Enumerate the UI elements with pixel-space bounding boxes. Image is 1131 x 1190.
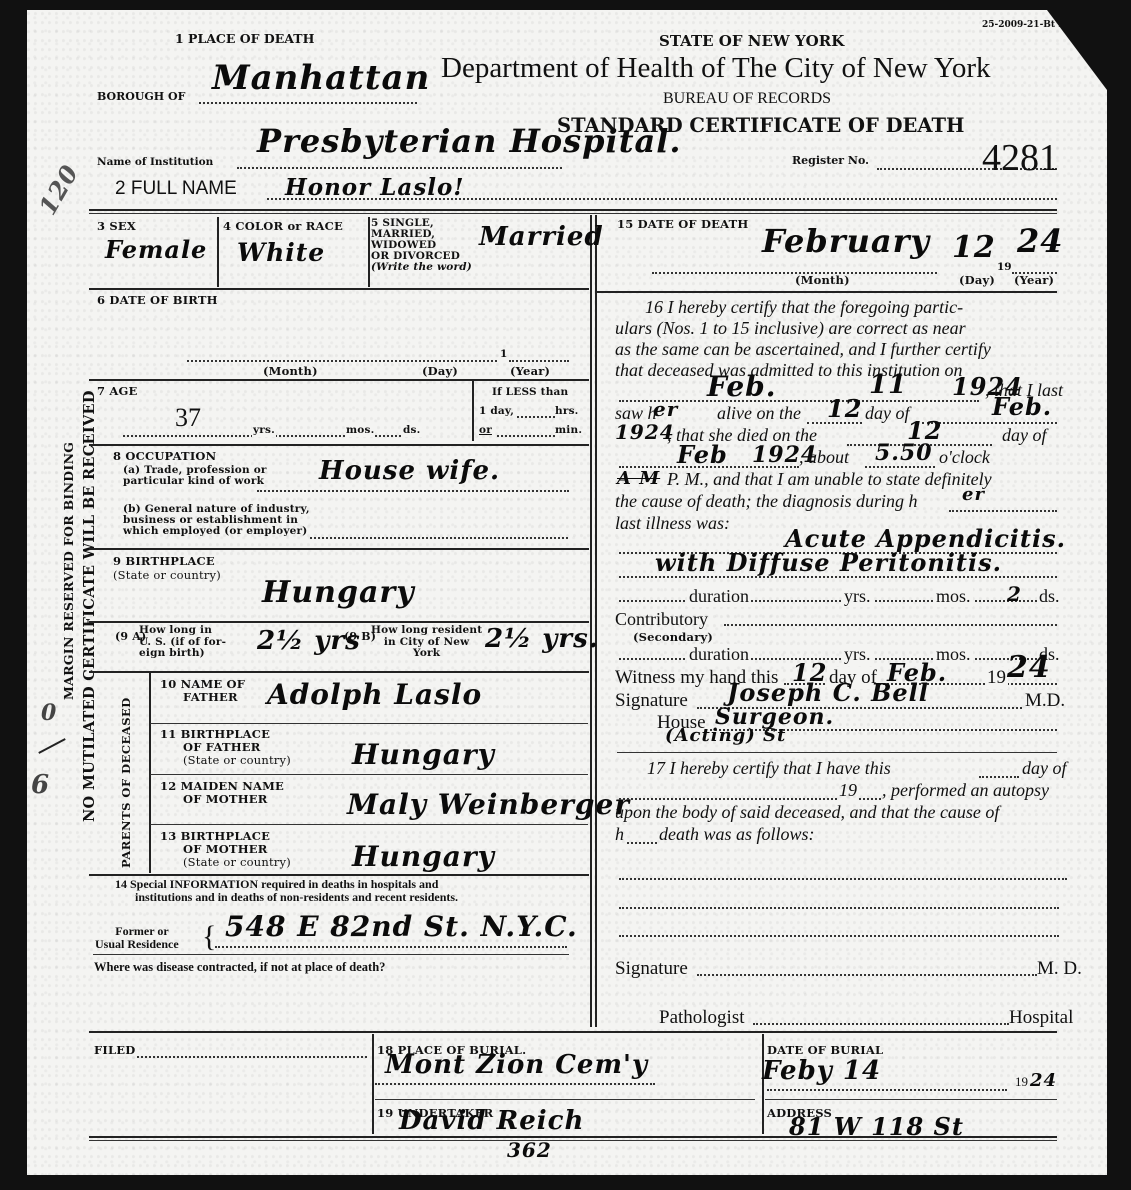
about-text: , about	[799, 447, 849, 468]
secondary-label: (Secondary)	[633, 631, 713, 644]
nyc-residence-value: 2½ yrs.	[485, 624, 599, 654]
age-value: 37	[175, 403, 201, 433]
parents-side-label: PARENTS OF DECEASED	[119, 697, 133, 868]
autopsy-text-1: 17 I hereby certify that I have this	[647, 758, 891, 779]
department-title: Department of Health of The City of New …	[441, 52, 991, 85]
admitted-month-value: Feb.	[707, 370, 777, 403]
sex-label: 3 SEX	[97, 220, 136, 233]
alive-day-of-text: day of	[865, 403, 910, 424]
death-date-label: 15 DATE OF DEATH	[617, 218, 748, 231]
birth-date-label: 6 DATE OF BIRTH	[97, 294, 218, 307]
burial-year-prefix: 19	[1015, 1074, 1028, 1090]
contributory-label: Contributory	[615, 609, 708, 630]
age-ds-unit: ds.	[402, 424, 422, 437]
age-yrs-unit: yrs.	[252, 424, 276, 437]
mother-maiden-name-label: 12 MAIDEN NAMEOF MOTHER	[160, 780, 284, 806]
diagnosis-line-2: with Diffuse Peritonitis.	[655, 548, 1002, 577]
death-day-caption: (Day)	[959, 274, 995, 287]
occupation-a-label: (a) Trade, profession orparticular kind …	[123, 465, 267, 487]
mother-birthplace-label: 13 BIRTHPLACEOF MOTHER(State or country)	[160, 830, 291, 869]
duration-ds-unit: ds.	[1037, 586, 1062, 607]
pm-text: P. M., and that I am unable to state def…	[667, 469, 992, 490]
undertaker-value: David Reich	[399, 1106, 584, 1136]
less-day-label: 1 day,	[479, 405, 514, 418]
death-month-caption: (Month)	[795, 274, 850, 287]
margin-annotation-top: 120	[33, 159, 85, 219]
father-birthplace-value: Hungary	[352, 738, 495, 771]
autopsy-text-3: upon the body of said deceased, and that…	[615, 802, 999, 823]
physician-md-label: M.D.	[1025, 690, 1065, 712]
birthplace-label: 9 BIRTHPLACE	[113, 555, 215, 568]
autopsy-pronoun-prefix: h	[615, 824, 624, 845]
margin-slash	[38, 738, 65, 754]
borough-value: Manhattan	[212, 58, 430, 98]
margin-annotation-six: 6	[31, 770, 50, 800]
cause-pronoun-value: er	[962, 484, 985, 505]
duration-days-value: 2	[1007, 582, 1022, 606]
form-number: 25-2009-21-Bt Form	[982, 20, 1084, 30]
pathologist-label: Pathologist	[659, 1007, 745, 1029]
mother-birthplace-value: Hungary	[352, 840, 495, 873]
death-time-value: 5.50	[875, 440, 933, 466]
burial-year-value: 24	[1030, 1070, 1057, 1091]
alive-day-value: 12	[827, 394, 862, 423]
physician-signature-value: Joseph C. Bell	[727, 678, 929, 707]
autopsy-text-4: death was as follows:	[659, 824, 815, 845]
bureau-title: BUREAU OF RECORDS	[663, 90, 831, 108]
admitted-day-value: 11	[869, 370, 907, 400]
birth-year-caption: (Year)	[510, 365, 550, 378]
death-certificate: 120 0 6 MARGIN RESERVED FOR BINDING NO M…	[27, 10, 1107, 1175]
binding-margin-note: MARGIN RESERVED FOR BINDING	[61, 442, 76, 700]
residence-label: Former or Usual Residence	[95, 925, 179, 951]
autopsy-text-2: , performed an autopsy	[882, 780, 1049, 801]
death-year-prefix: 19	[997, 261, 1012, 273]
duration-label: duration	[687, 586, 751, 607]
secondary-yrs-unit: yrs.	[842, 644, 873, 665]
age-label: 7 AGE	[97, 385, 138, 398]
institution-value: Presbyterian Hospital.	[257, 122, 682, 160]
death-year-value: 24	[1017, 222, 1064, 260]
us-residence-label: How long inU. S. (if of for-eign birth)	[139, 625, 226, 660]
death-month-value: February	[762, 222, 930, 260]
birth-year-prefix: 1	[500, 348, 507, 360]
duration-mos-unit: mos.	[934, 586, 973, 607]
burial-date-value: Feby 14	[762, 1056, 881, 1086]
occupation-b-label: (b) General nature of industry,business …	[123, 504, 310, 537]
institution-label: Name of Institution	[97, 156, 213, 168]
mutilated-certificate-note: NO MUTILATED CERTIFICATE WILL BE RECEIVE…	[81, 390, 98, 822]
disease-contracted-label: Where was disease contracted, if not at …	[94, 960, 385, 975]
house-acting-note: (Acting) St	[665, 725, 786, 746]
less-min-label: min.	[555, 424, 582, 437]
full-name-label: 2 FULL NAME	[115, 178, 237, 200]
autopsy-year-prefix: 19	[839, 780, 857, 801]
filed-label: FILED	[94, 1044, 135, 1057]
residence-brace: {	[202, 920, 216, 954]
burial-place-value: Mont Zion Cem'y	[385, 1050, 648, 1080]
place-of-death-label: 1 PLACE OF DEATH	[175, 31, 314, 46]
marital-status-value: Married	[479, 222, 604, 252]
birth-month-caption: (Month)	[263, 365, 318, 378]
witness-year-value: 24	[1007, 650, 1051, 685]
register-label: Register No.	[792, 154, 869, 167]
father-birthplace-label: 11 BIRTHPLACEOF FATHER(State or country)	[160, 728, 291, 767]
am-struck-value: A M	[617, 468, 660, 489]
secondary-duration-label: duration	[687, 644, 751, 665]
last-illness-label: last illness was:	[615, 513, 730, 534]
father-name-value: Adolph Laslo	[267, 678, 482, 711]
certification-text: 16 I hereby certify that the foregoing p…	[615, 297, 1065, 381]
birthplace-value: Hungary	[262, 575, 415, 610]
seen-year-value: 1924	[615, 420, 675, 444]
less-than-label: If LESS than	[492, 386, 568, 399]
state-title: STATE OF NEW YORK	[659, 32, 844, 50]
race-value: White	[237, 238, 325, 267]
autopsy-signature-label: Signature	[615, 958, 688, 980]
register-number: 4281	[982, 136, 1058, 180]
sex-value: Female	[105, 235, 207, 264]
alive-month-value: Feb.	[992, 392, 1052, 421]
margin-annotation-zero: 0	[41, 700, 57, 726]
died-month-value: Feb	[677, 440, 728, 469]
less-hrs-label: hrs.	[555, 405, 579, 418]
cause-text: the cause of death; the diagnosis during…	[615, 491, 917, 512]
undertaker-number: 362	[507, 1138, 552, 1162]
special-information-label: 14 Special INFORMATION required in death…	[115, 878, 458, 904]
residence-value: 548 E 82nd St. N.Y.C.	[225, 910, 578, 943]
birthplace-sub: (State or country)	[113, 569, 221, 582]
nyc-residence-label: How long residentin City of NewYork	[371, 625, 482, 660]
occupation-label: 8 OCCUPATION	[113, 450, 216, 463]
autopsy-day-of: day of	[1022, 758, 1067, 779]
death-year-caption: (Year)	[1014, 274, 1054, 287]
occupation-value: House wife.	[319, 456, 500, 486]
full-name-value: Honor Laslo!	[285, 174, 464, 201]
age-mos-unit: mos.	[345, 424, 375, 437]
marital-status-label: 5 SINGLE, MARRIED, WIDOWED OR DIVORCED (…	[371, 218, 472, 273]
saw-pronoun-value: er	[653, 397, 678, 421]
oclock-text: o'clock	[939, 447, 990, 468]
witness-year-prefix: 19	[985, 667, 1008, 689]
race-label: 4 COLOR or RACE	[223, 220, 343, 233]
birth-day-caption: (Day)	[422, 365, 458, 378]
less-or-label: or	[479, 424, 492, 437]
died-day-of-text: day of	[1002, 425, 1047, 446]
father-name-label: 10 NAME OFFATHER	[160, 678, 245, 704]
autopsy-md-label: M. D.	[1037, 958, 1082, 980]
physician-signature-label: Signature	[615, 690, 688, 712]
duration-yrs-unit: yrs.	[842, 586, 873, 607]
borough-label: BOROUGH OF	[97, 90, 185, 103]
hospital-label: Hospital	[1009, 1007, 1073, 1029]
death-day-value: 12	[952, 230, 996, 265]
mother-maiden-name-value: Maly Weinberger	[347, 788, 630, 821]
alive-on-text: alive on the	[717, 403, 801, 424]
